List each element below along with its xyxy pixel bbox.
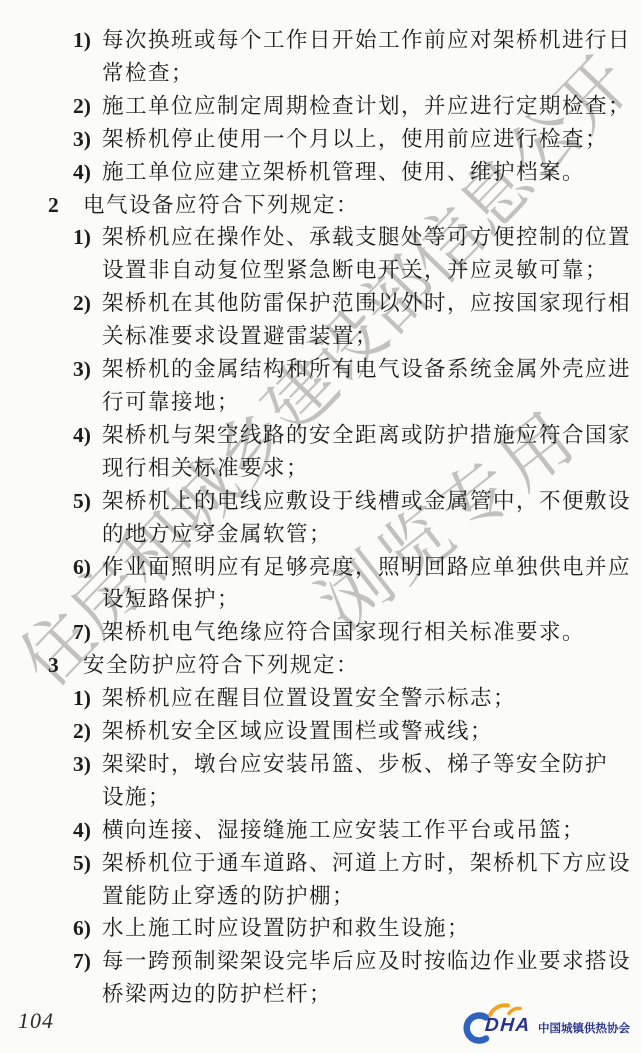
logo-name: 中国城镇供热协会	[538, 1020, 630, 1036]
item-text: 架桥机上的电线应敷设于线槽或金属管中，不便敷设 的地方应穿金属软管；	[102, 485, 641, 551]
item-text: 每次换班或每个工作日开始工作前应对架桥机进行日 常检查；	[102, 24, 641, 90]
item-number: 5)	[73, 847, 102, 880]
list-item: 5) 架桥机上的电线应敷设于线槽或金属管中，不便敷设 的地方应穿金属软管；	[73, 485, 641, 551]
document-body: 1) 每次换班或每个工作日开始工作前应对架桥机进行日 常检查； 2) 施工单位应…	[0, 24, 641, 1011]
list-item: 4) 横向连接、湿接缝施工应安装工作平台或吊篮；	[73, 814, 641, 847]
list-item: 2) 施工单位应制定周期检查计划，并应进行定期检查；	[73, 90, 641, 123]
item-text: 架桥机停止使用一个月以上，使用前应进行检查；	[102, 123, 641, 156]
item-text: 水上施工时应设置防护和救生设施；	[102, 912, 641, 945]
item-number: 1)	[73, 24, 102, 57]
c-swoosh-icon	[467, 1016, 486, 1041]
item-number: 6)	[73, 912, 102, 945]
clause-text: 安全防护应符合下列规定：	[83, 649, 626, 682]
list-item: 4) 施工单位应建立架桥机管理、使用、维护档案。	[73, 156, 641, 189]
clause-row: 3 安全防护应符合下列规定：	[48, 649, 641, 682]
item-text: 架桥机电气绝缘应符合国家现行相关标准要求。	[102, 616, 641, 649]
item-text: 架桥机在其他防雷保护范围以外时，应按国家现行相 关标准要求设置避雷装置；	[102, 287, 641, 353]
item-number: 7)	[73, 945, 102, 978]
item-text: 架梁时，墩台应安装吊篮、步板、梯子等安全防护 设施；	[102, 748, 641, 814]
list-item: 1) 每次换班或每个工作日开始工作前应对架桥机进行日 常检查；	[73, 24, 641, 90]
item-number: 1)	[73, 221, 102, 254]
list-item: 1) 架桥机应在操作处、承载支腿处等可方便控制的位置 设置非自动复位型紧急断电开…	[73, 221, 641, 287]
item-text: 作业面照明应有足够亮度，照明回路应单独供电并应 设短路保护；	[102, 551, 641, 617]
logo-abbr: DHA	[484, 1015, 531, 1037]
list-item: 6) 作业面照明应有足够亮度，照明回路应单独供电并应 设短路保护；	[73, 551, 641, 617]
item-number: 2)	[73, 90, 102, 123]
clause-text: 电气设备应符合下列规定：	[83, 189, 626, 222]
signal-arc-small-icon	[509, 1008, 520, 1013]
list-item: 6) 水上施工时应设置防护和救生设施；	[73, 912, 641, 945]
cdha-logo: DHA 中国城镇供热协会	[462, 1002, 638, 1046]
document-page: 住房和城乡建设部信息公开 浏览专用 1) 每次换班或每个工作日开始工作前应对架桥…	[0, 0, 641, 1053]
item-text: 施工单位应制定周期检查计划，并应进行定期检查；	[102, 90, 641, 123]
item-number: 3)	[73, 748, 102, 781]
list-item: 1) 架桥机应在醒目位置设置安全警示标志；	[73, 682, 641, 715]
item-number: 3)	[73, 353, 102, 386]
item-number: 4)	[73, 156, 102, 189]
list-item: 3) 架桥机的金属结构和所有电气设备系统金属外壳应进 行可靠接地；	[73, 353, 641, 419]
list-item: 3) 架梁时，墩台应安装吊篮、步板、梯子等安全防护 设施；	[73, 748, 641, 814]
item-number: 5)	[73, 485, 102, 518]
item-number: 7)	[73, 616, 102, 649]
item-text: 架桥机位于通车道路、河道上方时，架桥机下方应设 置能防止穿透的防护棚；	[102, 847, 641, 913]
clause-row: 2 电气设备应符合下列规定：	[48, 189, 641, 222]
item-number: 3)	[73, 123, 102, 156]
list-item: 4) 架桥机与架空线路的安全距离或防护措施应符合国家 现行相关标准要求；	[73, 419, 641, 485]
list-item: 3) 架桥机停止使用一个月以上，使用前应进行检查；	[73, 123, 641, 156]
list-item: 2) 架桥机安全区域应设置围栏或警戒线；	[73, 715, 641, 748]
list-item: 2) 架桥机在其他防雷保护范围以外时，应按国家现行相 关标准要求设置避雷装置；	[73, 287, 641, 353]
signal-arc-large-icon	[490, 1005, 508, 1015]
item-number: 2)	[73, 715, 102, 748]
clause-number: 3	[48, 649, 83, 682]
item-text: 架桥机与架空线路的安全距离或防护措施应符合国家 现行相关标准要求；	[102, 419, 641, 485]
page-number: 104	[18, 1008, 54, 1034]
item-text: 架桥机应在醒目位置设置安全警示标志；	[102, 682, 641, 715]
item-text: 架桥机安全区域应设置围栏或警戒线；	[102, 715, 641, 748]
item-number: 1)	[73, 682, 102, 715]
list-item: 5) 架桥机位于通车道路、河道上方时，架桥机下方应设 置能防止穿透的防护棚；	[73, 847, 641, 913]
clause-number: 2	[48, 189, 83, 222]
item-number: 2)	[73, 287, 102, 320]
item-number: 4)	[73, 814, 102, 847]
item-text: 架桥机的金属结构和所有电气设备系统金属外壳应进 行可靠接地；	[102, 353, 641, 419]
list-item: 7) 架桥机电气绝缘应符合国家现行相关标准要求。	[73, 616, 641, 649]
item-number: 6)	[73, 551, 102, 584]
item-text: 架桥机应在操作处、承载支腿处等可方便控制的位置 设置非自动复位型紧急断电开关，并…	[102, 221, 641, 287]
item-number: 4)	[73, 419, 102, 452]
item-text: 施工单位应建立架桥机管理、使用、维护档案。	[102, 156, 641, 189]
item-text: 横向连接、湿接缝施工应安装工作平台或吊篮；	[102, 814, 641, 847]
